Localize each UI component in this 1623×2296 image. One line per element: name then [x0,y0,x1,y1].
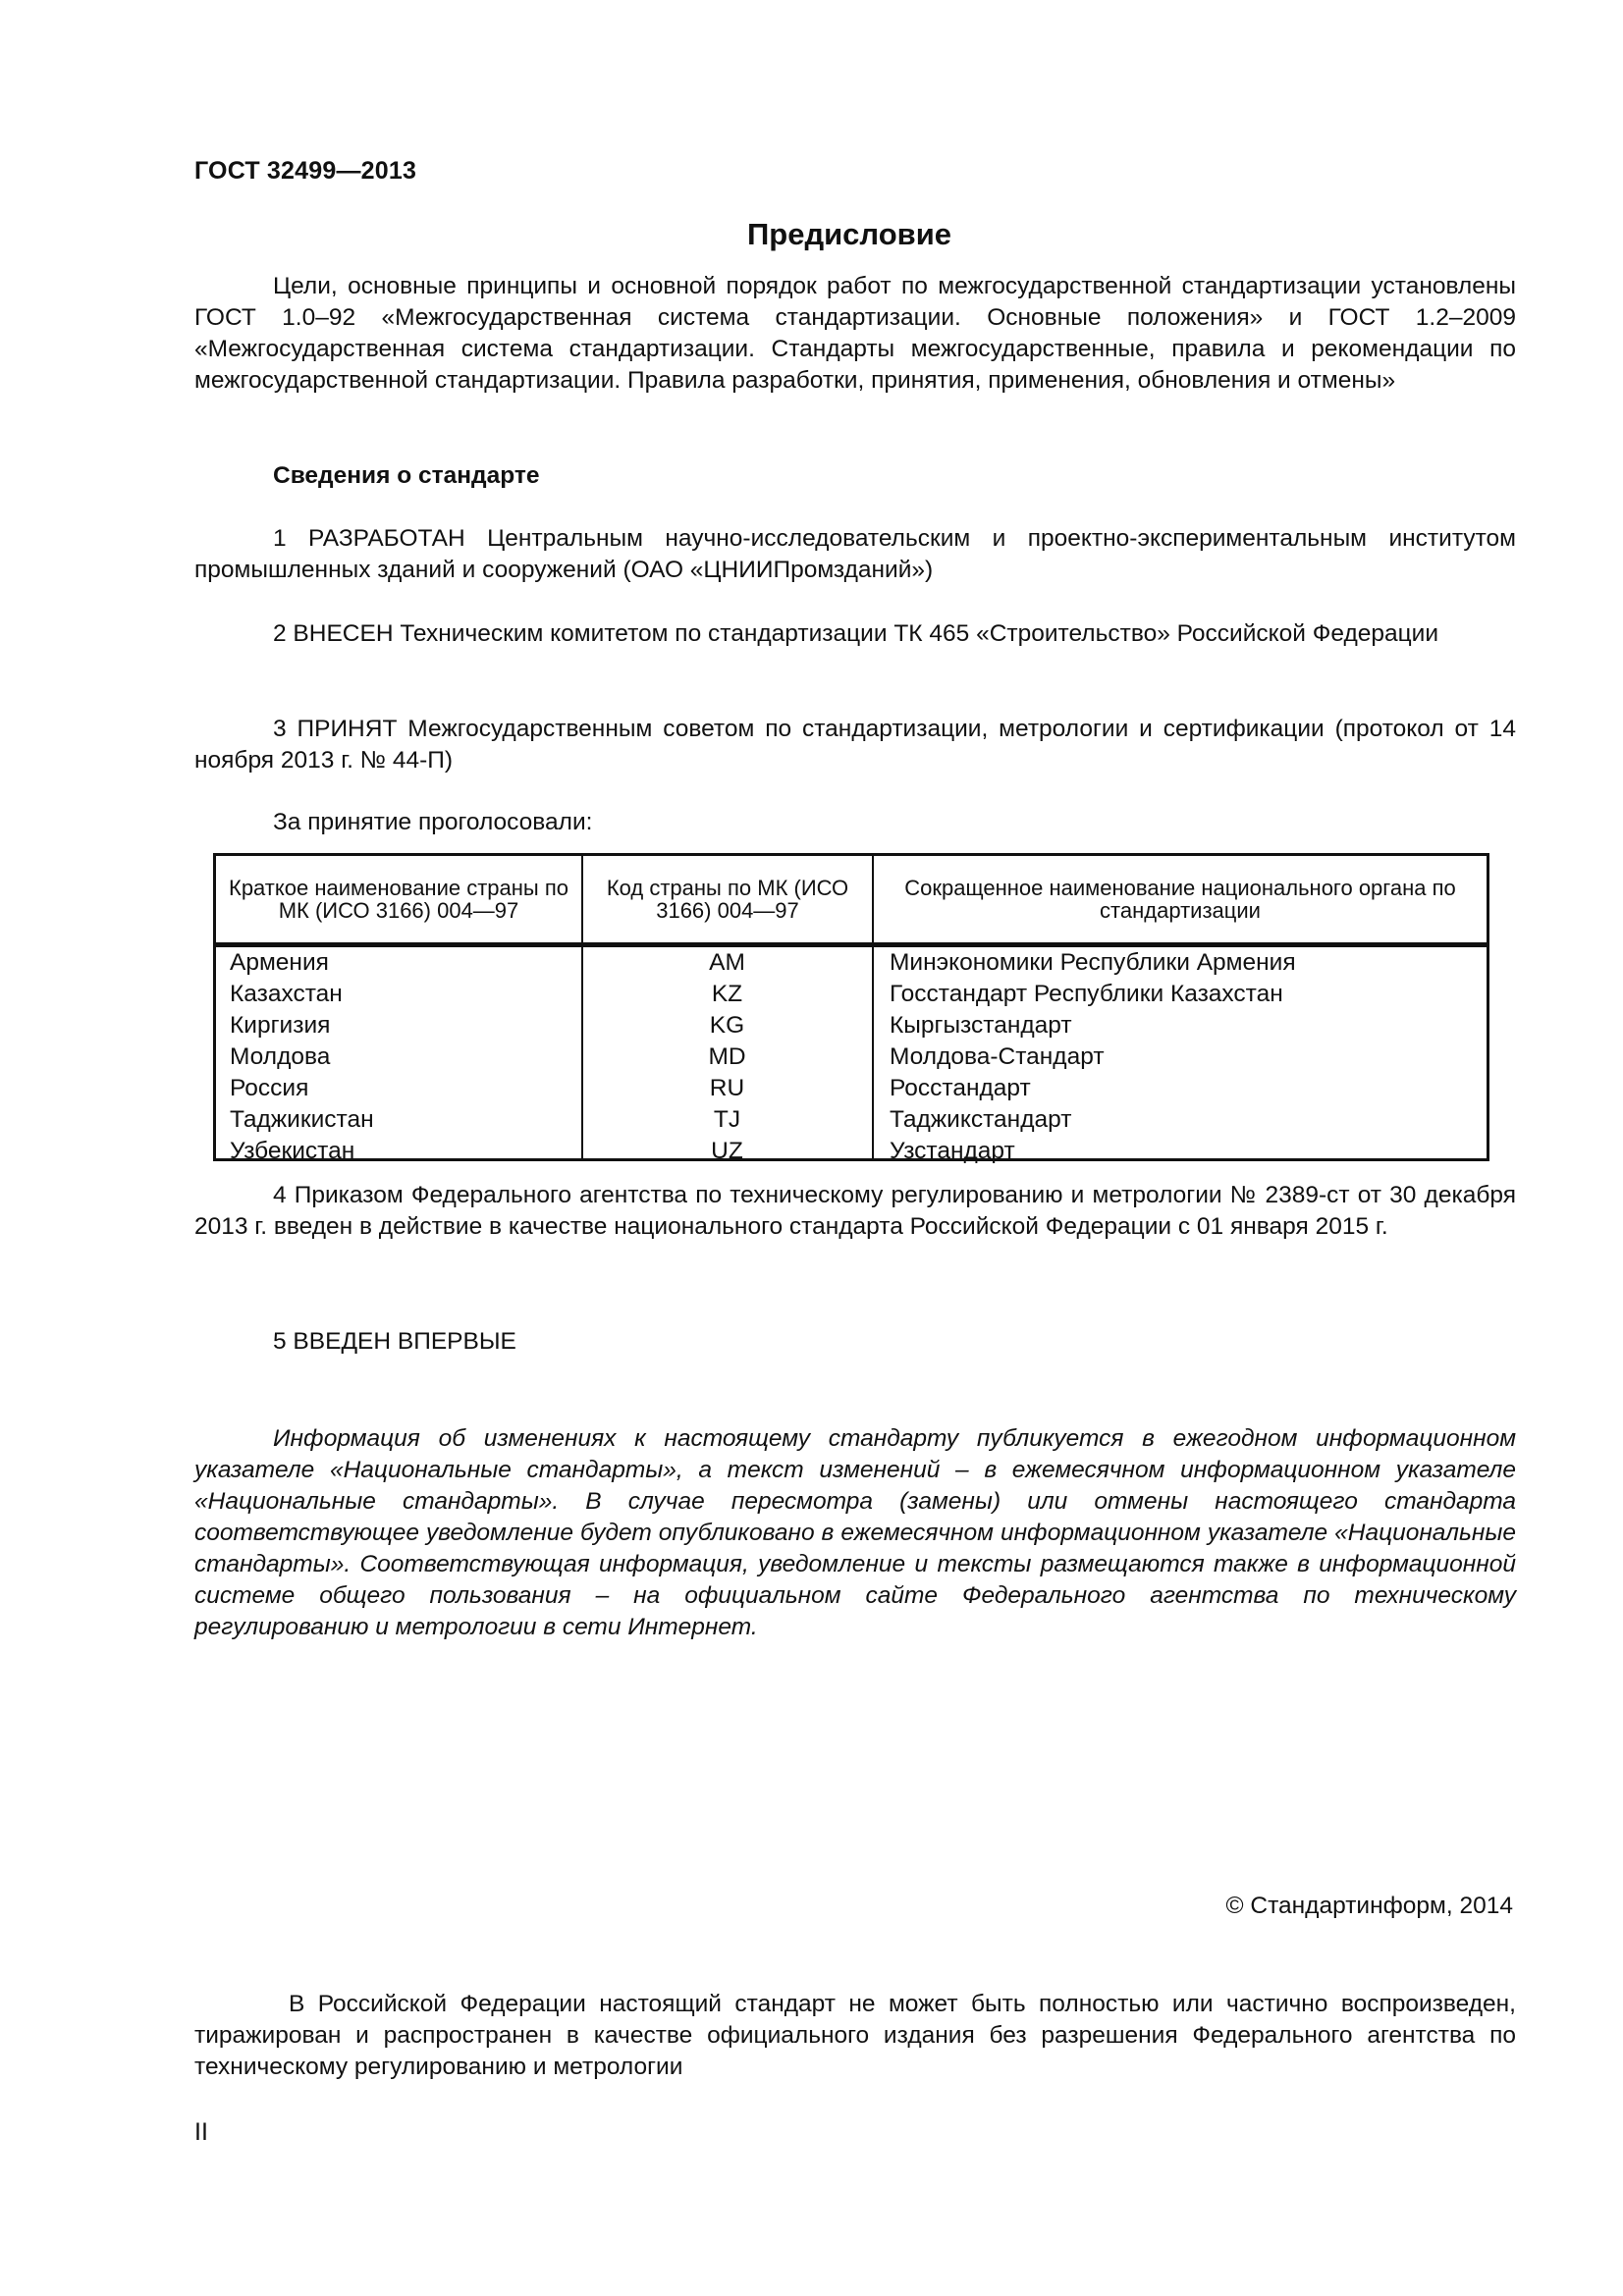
table-row: Казахстан KZ Госстандарт Республики Каза… [216,979,1487,1010]
cell-body: Узстандарт [890,1136,1015,1167]
intro-paragraph: Цели, основные принципы и основной поряд… [194,271,1516,397]
section-heading: Сведения о стандарте [273,462,539,490]
cell-code: KZ [581,979,873,1010]
copyright: © Стандартинформ, 2014 [1226,1893,1513,1920]
item-introduced: 2 ВНЕСЕН Техническим комитетом по станда… [194,618,1516,650]
cell-country: Молдова [230,1041,330,1073]
cell-country: Узбекистан [230,1136,354,1167]
cell-country: Армения [230,947,329,979]
cell-body: Кыргызстандарт [890,1010,1072,1041]
cell-code: AM [581,947,873,979]
table-row: Россия RU Росстандарт [216,1073,1487,1104]
cell-body: Госстандарт Республики Казахстан [890,979,1283,1010]
cell-country: Киргизия [230,1010,330,1041]
cell-code: RU [581,1073,873,1104]
standard-code: ГОСТ 32499—2013 [194,157,416,186]
item-developed: 1 РАЗРАБОТАН Центральным научно-исследов… [194,523,1516,586]
cell-body: Молдова-Стандарт [890,1041,1105,1073]
reproduction-notice: В Российской Федерации настоящий стандар… [194,1989,1516,2083]
cell-country: Казахстан [230,979,343,1010]
cell-code: TJ [581,1104,873,1136]
item-enacted: 4 Приказом Федерального агентства по тех… [194,1180,1516,1243]
table-row: Молдова MD Молдова-Стандарт [216,1041,1487,1073]
vote-table: Краткое наименование страны по МК (ИСО 3… [213,853,1489,1161]
header-body: Сокращенное наименование национального о… [874,856,1487,942]
cell-code: MD [581,1041,873,1073]
header-code: Код страны по МК (ИСО 3166) 004—97 [583,856,872,942]
item-first-introduced: 5 ВВЕДЕН ВПЕРВЫЕ [273,1328,516,1356]
header-country: Краткое наименование страны по МК (ИСО 3… [216,856,581,942]
table-row: Узбекистан UZ Узстандарт [216,1136,1487,1167]
cell-body: Минэкономики Республики Армения [890,947,1296,979]
page-number: II [194,2118,208,2147]
page-title: Предисловие [0,217,1623,252]
table-row: Таджикистан TJ Таджикстандарт [216,1104,1487,1136]
table-row: Армения AM Минэкономики Республики Армен… [216,947,1487,979]
cell-country: Россия [230,1073,308,1104]
item-adopted: 3 ПРИНЯТ Межгосударственным советом по с… [194,714,1516,776]
vote-label: За принятие проголосовали: [273,809,592,836]
cell-code: KG [581,1010,873,1041]
table-row: Киргизия KG Кыргызстандарт [216,1010,1487,1041]
cell-code: UZ [581,1136,873,1167]
cell-body: Росстандарт [890,1073,1031,1104]
cell-country: Таджикистан [230,1104,374,1136]
table-body: Армения AM Минэкономики Республики Армен… [216,947,1487,1167]
cell-body: Таджикстандарт [890,1104,1071,1136]
changes-notice: Информация об изменениях к настоящему ст… [194,1423,1516,1643]
